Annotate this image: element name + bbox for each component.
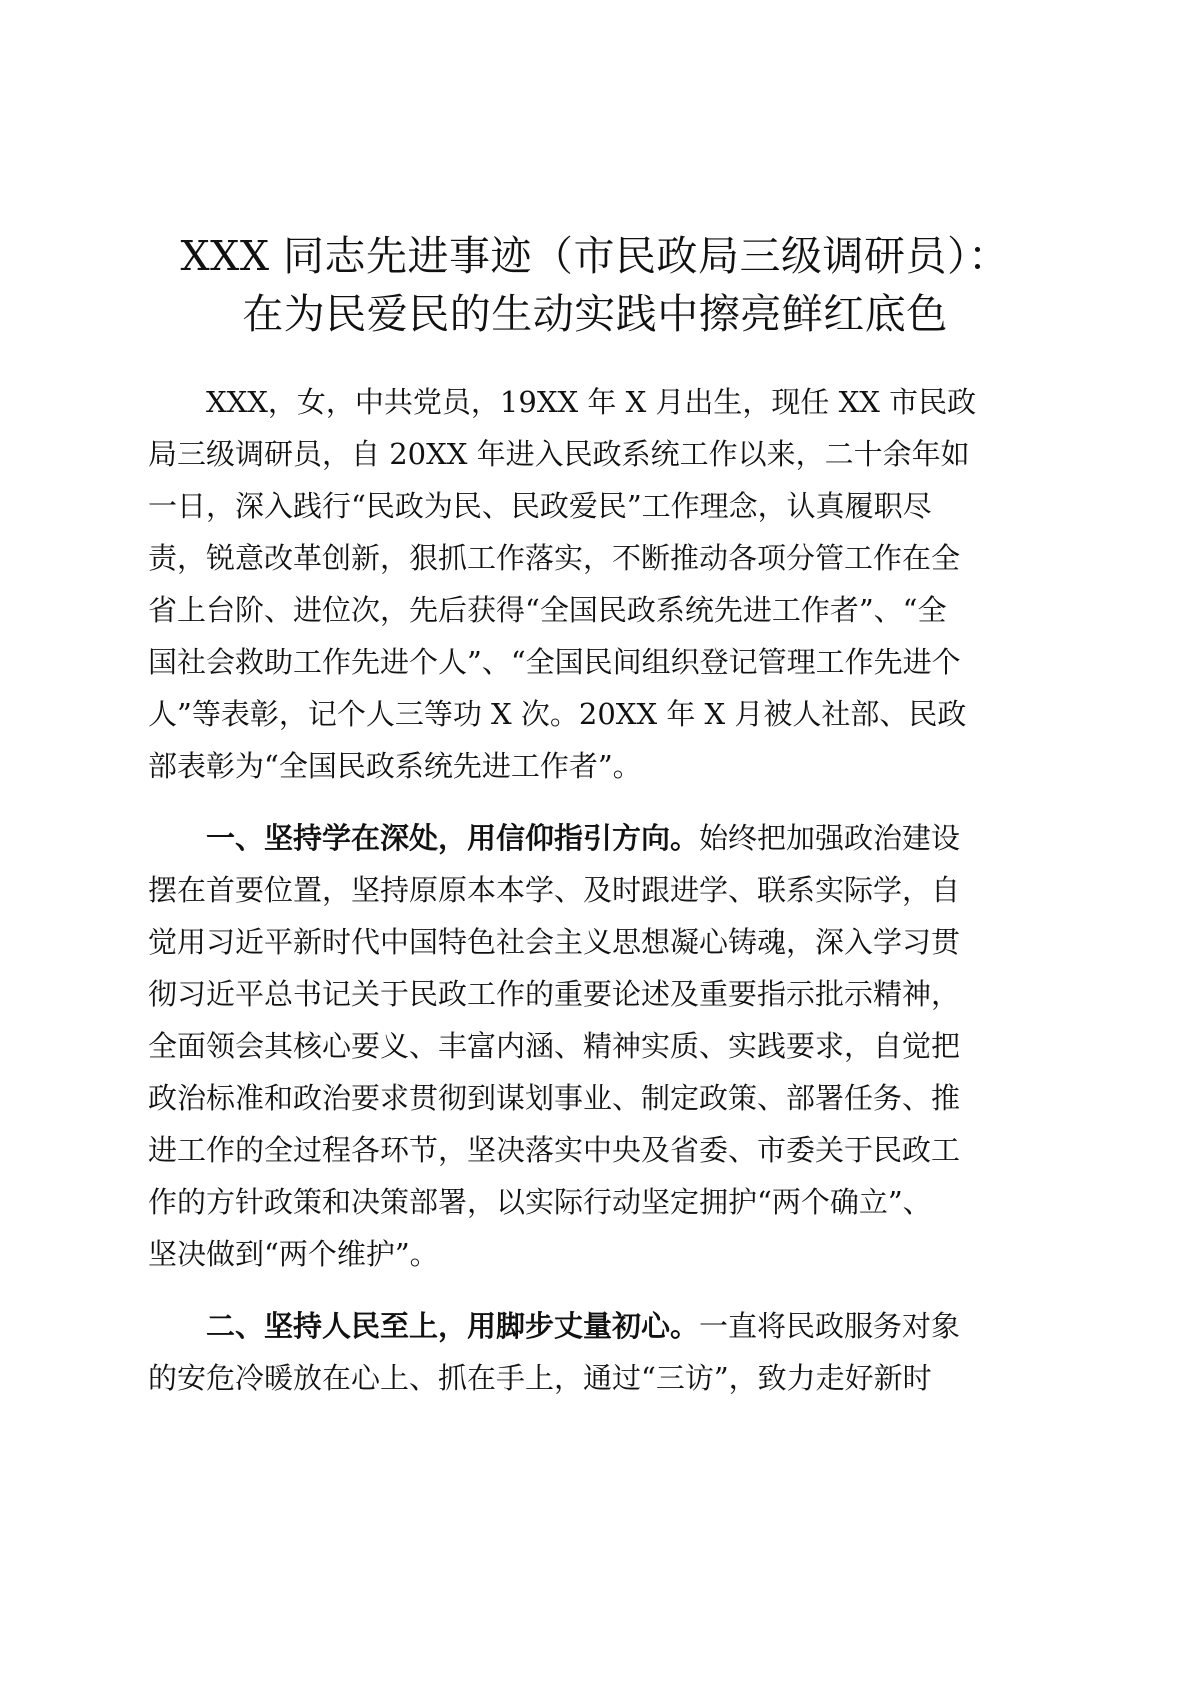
paragraph-1-line-7: 人”等表彰，记个人三等功 X 次。20XX 年 X 月被人社部、民政	[148, 694, 966, 734]
paragraph-1-line-1: XXX，女，中共党员，19XX 年 X 月出生，现任 XX 市民政	[148, 382, 976, 422]
paragraph-2-line-8: 作的方针政策和决策部署，以实际行动坚定拥护“两个确立”、	[148, 1182, 932, 1222]
paragraph-1-line-2: 局三级调研员，自 20XX 年进入民政系统工作以来，二十余年如	[148, 434, 970, 474]
paragraph-2-line-7: 进工作的全过程各环节，坚决落实中央及省委、市委关于民政工	[148, 1130, 960, 1170]
paragraph-2-line-6: 政治标准和政治要求贯彻到谋划事业、制定政策、部署任务、推	[148, 1078, 960, 1118]
paragraph-2-line-3: 觉用习近平新时代中国特色社会主义思想凝心铸魂，深入学习贯	[148, 922, 960, 962]
paragraph-1-line-3: 一日，深入践行“民政为民、民政爱民”工作理念，认真履职尽	[148, 486, 932, 526]
paragraph-2-line-5: 全面领会其核心要义、丰富内涵、精神实质、实践要求，自觉把	[148, 1026, 960, 1066]
paragraph-2-line-9: 坚决做到“两个维护”。	[148, 1234, 439, 1274]
paragraph-2-line-4: 彻习近平总书记关于民政工作的重要论述及重要指示批示精神，	[148, 974, 960, 1014]
document-title-line-2: 在为民爱民的生动实践中擦亮鲜红底色	[0, 286, 1190, 342]
document-title-line-1: XXX 同志先进事迹（市民政局三级调研员）：	[0, 228, 1190, 284]
section-heading-1: 一、坚持学在深处，用信仰指引方向。	[206, 821, 699, 855]
document-page: XXX 同志先进事迹（市民政局三级调研员）： 在为民爱民的生动实践中擦亮鲜红底色…	[0, 0, 1190, 1683]
paragraph-3-first-line-rest: 一直将民政服务对象	[699, 1309, 960, 1343]
paragraph-1-line-5: 省上台阶、进位次，先后获得“全国民政系统先进工作者”、“全	[148, 590, 946, 630]
paragraph-2-first-line-rest: 始终把加强政治建设	[699, 821, 960, 855]
paragraph-3-line-1: 二、坚持人民至上，用脚步丈量初心。一直将民政服务对象	[148, 1306, 960, 1346]
paragraph-2-line-2: 摆在首要位置，坚持原原本本学、及时跟进学、联系实际学，自	[148, 870, 960, 910]
section-heading-2: 二、坚持人民至上，用脚步丈量初心。	[206, 1309, 699, 1343]
paragraph-2-line-1: 一、坚持学在深处，用信仰指引方向。始终把加强政治建设	[148, 818, 960, 858]
paragraph-1-line-6: 国社会救助工作先进个人”、“全国民间组织登记管理工作先进个	[148, 642, 961, 682]
paragraph-1-line-4: 责，锐意改革创新，狠抓工作落实，不断推动各项分管工作在全	[148, 538, 960, 578]
paragraph-3-line-2: 的安危冷暖放在心上、抓在手上，通过“三访”，致力走好新时	[148, 1358, 932, 1398]
paragraph-1-line-8: 部表彰为“全国民政系统先进工作者”。	[148, 746, 642, 786]
